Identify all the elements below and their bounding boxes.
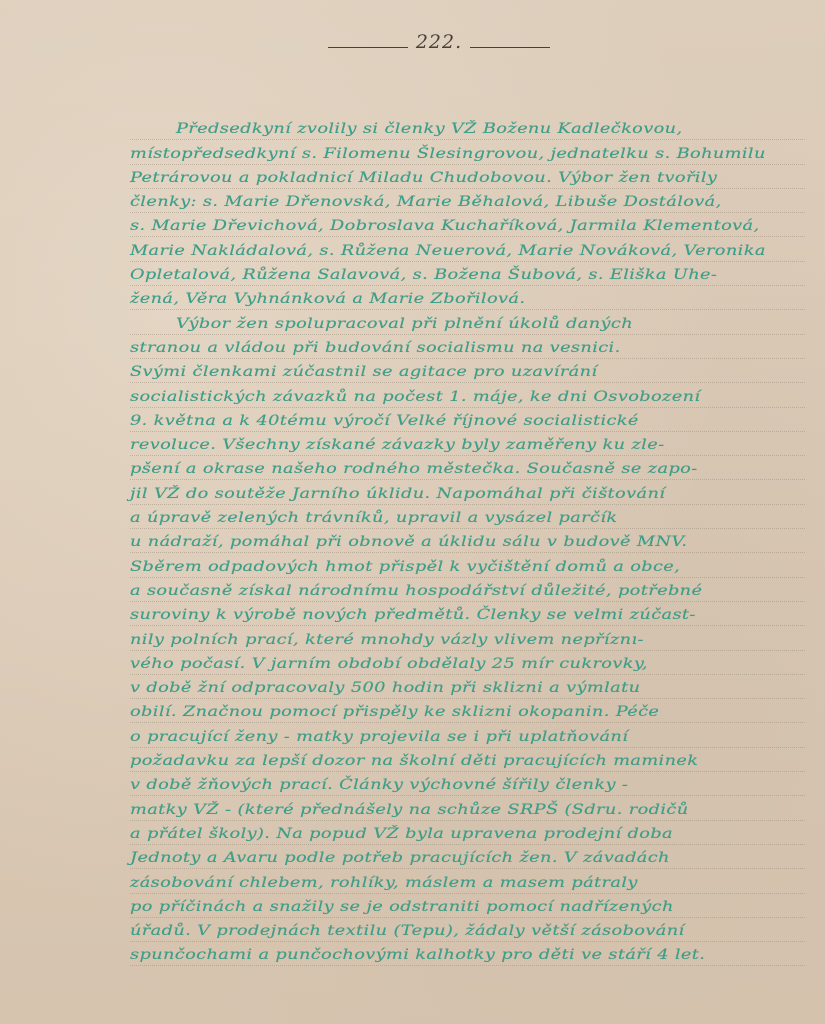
line-text: v době žňových prací. Články výchovné ší… <box>130 777 628 793</box>
line-text: v době žní odpracovaly 500 hodin při skl… <box>130 680 640 696</box>
line-text: a úpravě zelených trávníků, upravil a vy… <box>130 510 618 526</box>
text-line: u nádraží, pomáhal při obnově a úklidu s… <box>130 529 805 553</box>
line-text: a přátel školy). Na popud VŽ byla uprave… <box>130 826 673 842</box>
text-line: Výbor žen spolupracoval při plnění úkolů… <box>130 310 805 334</box>
line-text: jil VŽ do soutěže Jarního úklidu. Napomá… <box>130 486 665 502</box>
line-text: místopředsedkyní s. Filomenu Šlesingrovo… <box>130 146 766 162</box>
text-line: suroviny k výrobě nových předmětů. Členk… <box>130 602 805 626</box>
line-text: žená, Věra Vyhnánková a Marie Zbořilová. <box>130 291 525 307</box>
line-text: Svými členkami zúčastnil se agitace pro … <box>130 364 597 380</box>
text-line: socialistických závazků na počest 1. máj… <box>130 383 805 407</box>
line-text: revoluce. Všechny získané závazky byly z… <box>130 437 664 453</box>
line-text: členky: s. Marie Dřenovská, Marie Běhalo… <box>130 194 722 210</box>
line-text: s. Marie Dřevichová, Dobroslava Kuchařík… <box>130 218 760 234</box>
line-text: Petrárovou a pokladnicí Miladu Chudobovo… <box>130 170 717 186</box>
line-text: Sběrem odpadových hmot přispěl k vyčiště… <box>130 559 680 575</box>
text-line: po příčinách a snažily se je odstraniti … <box>130 894 805 918</box>
text-line: Svými členkami zúčastnil se agitace pro … <box>130 359 805 383</box>
text-line: spunčochami a punčochovými kalhotky pro … <box>130 942 805 966</box>
text-line: o pracující ženy - matky projevila se i … <box>130 723 805 747</box>
line-text: po příčinách a snažily se je odstraniti … <box>130 899 674 915</box>
page-number: 222. <box>416 33 462 52</box>
text-line: členky: s. Marie Dřenovská, Marie Běhalo… <box>130 189 805 213</box>
text-line: obilí. Značnou pomocí přispěly ke sklizn… <box>130 699 805 723</box>
text-line: Sběrem odpadových hmot přispěl k vyčiště… <box>130 553 805 577</box>
line-text: požadavku za lepší dozor na školní děti … <box>130 753 698 769</box>
text-line: nily polních prací, které mnohdy vázly v… <box>130 626 805 650</box>
line-text: obilí. Značnou pomocí přispěly ke sklizn… <box>130 704 659 720</box>
text-line: Petrárovou a pokladnicí Miladu Chudobovo… <box>130 165 805 189</box>
text-line: s. Marie Dřevichová, Dobroslava Kuchařík… <box>130 213 805 237</box>
line-text: nily polních prací, které mnohdy vázly v… <box>130 632 644 648</box>
text-line: Opletalová, Růžena Salavová, s. Božena Š… <box>130 262 805 286</box>
line-text: a současně získal národnímu hospodářství… <box>130 583 702 599</box>
line-text: suroviny k výrobě nových předmětů. Členk… <box>130 607 696 623</box>
text-line: revoluce. Všechny získané závazky byly z… <box>130 432 805 456</box>
text-line: 9. května a k 40tému výročí Velké říjnov… <box>130 408 805 432</box>
page-number-rule-right <box>470 47 550 48</box>
text-line: Marie Nakládalová, s. Růžena Neuerová, M… <box>130 237 805 261</box>
line-text: matky VŽ - (které přednášely na schůze S… <box>130 802 689 818</box>
text-line: v době žní odpracovaly 500 hodin při skl… <box>130 675 805 699</box>
text-line: pšení a okrase našeho rodného městečka. … <box>130 456 805 480</box>
line-text: pšení a okrase našeho rodného městečka. … <box>130 461 698 477</box>
page-number-header: 222. <box>328 28 550 52</box>
text-line: žená, Věra Vyhnánková a Marie Zbořilová. <box>130 286 805 310</box>
line-text: stranou a vládou při budování socialismu… <box>130 340 621 356</box>
text-line: a současně získal národnímu hospodářství… <box>130 578 805 602</box>
text-line: matky VŽ - (které přednášely na schůze S… <box>130 796 805 820</box>
line-text: Výbor žen spolupracoval při plnění úkolů… <box>176 316 633 332</box>
line-text: socialistických závazků na počest 1. máj… <box>130 389 700 405</box>
line-text: Jednoty a Avaru podle potřeb pracujících… <box>130 850 670 866</box>
text-line: vého počasí. V jarním období obdělaly 25… <box>130 651 805 675</box>
line-text: spunčochami a punčochovými kalhotky pro … <box>130 947 705 963</box>
text-line: a přátel školy). Na popud VŽ byla uprave… <box>130 821 805 845</box>
text-line: Předsedkyní zvolily si členky VŽ Boženu … <box>130 116 805 140</box>
text-line: úřadů. V prodejnách textilu (Tepu), žáda… <box>130 918 805 942</box>
line-text: zásobování chlebem, rohlíky, máslem a ma… <box>130 875 638 891</box>
line-text: úřadů. V prodejnách textilu (Tepu), žáda… <box>130 923 685 939</box>
handwritten-text-block: Předsedkyní zvolily si členky VŽ Boženu … <box>130 116 805 966</box>
line-text: vého počasí. V jarním období obdělaly 25… <box>130 656 648 672</box>
line-text: 9. května a k 40tému výročí Velké říjnov… <box>130 413 639 429</box>
text-line: jil VŽ do soutěže Jarního úklidu. Napomá… <box>130 480 805 504</box>
chronicle-page: 222. Předsedkyní zvolily si členky VŽ Bo… <box>0 0 825 1024</box>
text-line: požadavku za lepší dozor na školní děti … <box>130 748 805 772</box>
text-line: stranou a vládou při budování socialismu… <box>130 335 805 359</box>
text-line: v době žňových prací. Články výchovné ší… <box>130 772 805 796</box>
line-text: Marie Nakládalová, s. Růžena Neuerová, M… <box>130 243 766 259</box>
line-text: Předsedkyní zvolily si členky VŽ Boženu … <box>176 121 683 137</box>
text-line: a úpravě zelených trávníků, upravil a vy… <box>130 505 805 529</box>
line-text: o pracující ženy - matky projevila se i … <box>130 729 628 745</box>
text-line: místopředsedkyní s. Filomenu Šlesingrovo… <box>130 140 805 164</box>
text-line: Jednoty a Avaru podle potřeb pracujících… <box>130 845 805 869</box>
text-line: zásobování chlebem, rohlíky, máslem a ma… <box>130 869 805 893</box>
page-number-rule-left <box>328 47 408 48</box>
line-text: Opletalová, Růžena Salavová, s. Božena Š… <box>130 267 717 283</box>
line-text: u nádraží, pomáhal při obnově a úklidu s… <box>130 534 687 550</box>
